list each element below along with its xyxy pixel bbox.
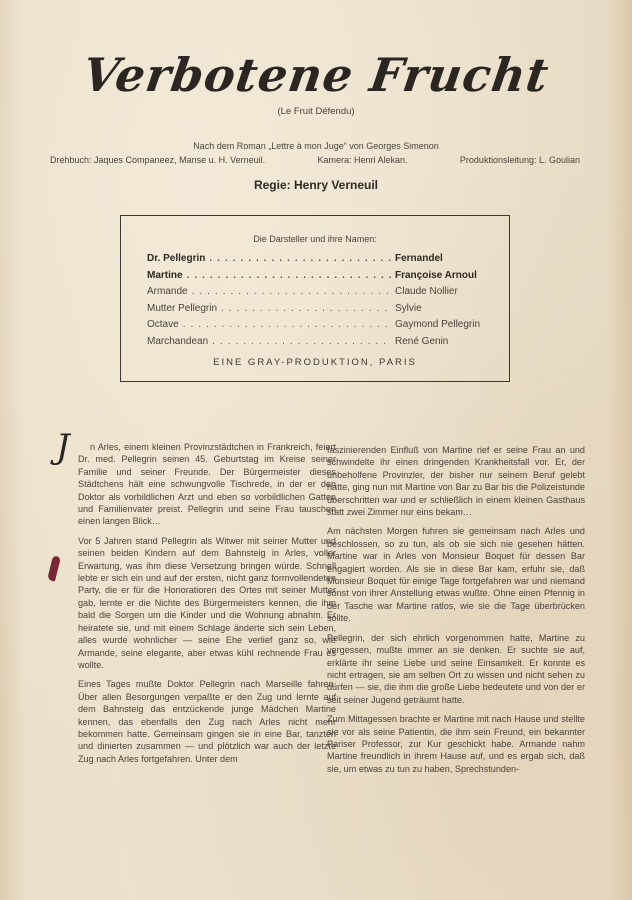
- original-title: (Le Fruit Défendu): [0, 106, 632, 117]
- cast-row: Octave ............................... G…: [147, 319, 487, 336]
- story-column-right: faszinierenden Einfluß von Martine rief …: [327, 444, 585, 782]
- leader-dots: ...............................: [192, 286, 391, 297]
- story-paragraph: Eines Tages mußte Doktor Pellegrin nach …: [78, 678, 336, 765]
- drop-cap: J: [56, 430, 70, 464]
- cast-heading: Die Darsteller und ihre Namen:: [121, 234, 509, 244]
- production-credit: Produktionsleitung: L. Goulian: [460, 155, 580, 165]
- story-paragraph: Vor 5 Jahren stand Pellegrin als Witwer …: [78, 535, 336, 671]
- screenplay-credit: Drehbuch: Jaques Companeez, Manse u. H. …: [50, 155, 265, 165]
- cast-role: Martine: [147, 270, 183, 281]
- cast-role: Marchandean: [147, 336, 208, 347]
- cast-role: Octave: [147, 319, 179, 330]
- film-title: Verbotene Frucht: [0, 48, 632, 102]
- camera-credit: Kamera: Henri Alekan.: [318, 155, 408, 165]
- story-paragraph: n Arles, einem kleinen Provinzstädtchen …: [78, 441, 336, 528]
- crew-credits: Drehbuch: Jaques Companeez, Manse u. H. …: [50, 155, 580, 165]
- cast-actor: Claude Nollier: [395, 286, 487, 297]
- cast-role: Armande: [147, 286, 188, 297]
- production-company: EINE GRAY-PRODUKTION, PARIS: [121, 357, 509, 368]
- cast-box: Die Darsteller und ihre Namen: Dr. Pelle…: [120, 215, 510, 382]
- red-ink-mark: [47, 555, 61, 581]
- cast-row: Mutter Pellegrin .......................…: [147, 303, 487, 320]
- cast-actor: Françoise Arnoul: [395, 270, 487, 281]
- cast-actor: Sylvie: [395, 303, 487, 314]
- cast-row: Dr. Pellegrin ..........................…: [147, 253, 487, 270]
- leader-dots: ...............................: [221, 303, 391, 314]
- story-paragraph: faszinierenden Einfluß von Martine rief …: [327, 444, 585, 518]
- cast-actor: René Genin: [395, 336, 487, 347]
- cast-list: Dr. Pellegrin ..........................…: [147, 253, 487, 352]
- leader-dots: ...............................: [183, 319, 391, 330]
- cast-role: Dr. Pellegrin: [147, 253, 205, 264]
- novel-credit: Nach dem Roman „Lettre à mon Juge“ von G…: [0, 141, 632, 151]
- leader-dots: ...............................: [187, 270, 391, 281]
- cast-row: Armande ............................... …: [147, 286, 487, 303]
- story-paragraph: Zum Mittagessen brachte er Martine mit n…: [327, 713, 585, 775]
- cast-actor: Fernandel: [395, 253, 487, 264]
- leader-dots: ...............................: [209, 253, 391, 264]
- director-credit: Regie: Henry Verneuil: [0, 178, 632, 192]
- document-page: Verbotene Frucht (Le Fruit Défendu) Nach…: [0, 0, 632, 900]
- story-column-left: n Arles, einem kleinen Provinzstädtchen …: [78, 441, 336, 772]
- cast-row: Martine ............................... …: [147, 270, 487, 287]
- cast-actor: Gaymond Pellegrin: [395, 319, 487, 330]
- cast-row: Marchandean ............................…: [147, 336, 487, 353]
- story-paragraph: Pellegrin, der sich ehrlich vorgenommen …: [327, 632, 585, 706]
- story-paragraph: Am nächsten Morgen fuhren sie gemeinsam …: [327, 525, 585, 624]
- leader-dots: ...............................: [212, 336, 391, 347]
- cast-role: Mutter Pellegrin: [147, 303, 217, 314]
